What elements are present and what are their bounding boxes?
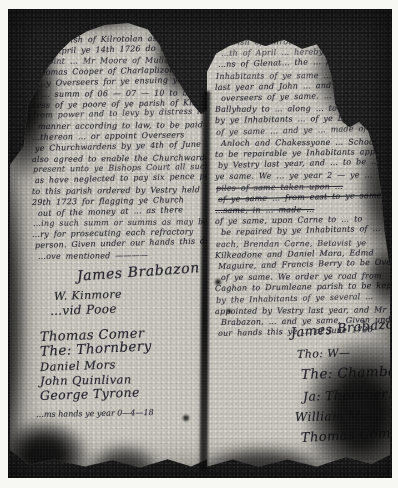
dark-stain [30, 9, 150, 29]
manuscript-page-left: to the …the Parish of Kilrotolan assembl… [10, 13, 207, 473]
dark-stain [88, 443, 160, 478]
dark-stain [365, 245, 392, 307]
manuscript-line: …parish of Kilrotolan and [215, 35, 383, 48]
footer-note: …ms hands ye year 0—4—18 [36, 408, 154, 419]
dark-stain [8, 419, 90, 478]
left-signature-list: W. Kinmore…vid PooeThomas ComerThe: Thor… [40, 290, 204, 404]
dark-stain [310, 9, 392, 137]
dark-stain [197, 445, 327, 478]
manuscript-line: …ns of Glenat… the … part [218, 55, 383, 71]
ink-speck [227, 309, 231, 313]
dark-stain [199, 9, 319, 29]
manuscript-page-right: …parish of Kilrotolan and…th of April … … [207, 17, 390, 473]
dark-stain [8, 9, 60, 183]
photo-background: to the …the Parish of Kilrotolan assembl… [8, 9, 392, 478]
document-photo-frame: to the …the Parish of Kilrotolan assembl… [0, 0, 398, 488]
dark-stain [357, 105, 392, 257]
ink-speck [215, 279, 221, 285]
signature-primary-left: James Brabazon [32, 260, 201, 288]
ink-speck [183, 415, 189, 421]
